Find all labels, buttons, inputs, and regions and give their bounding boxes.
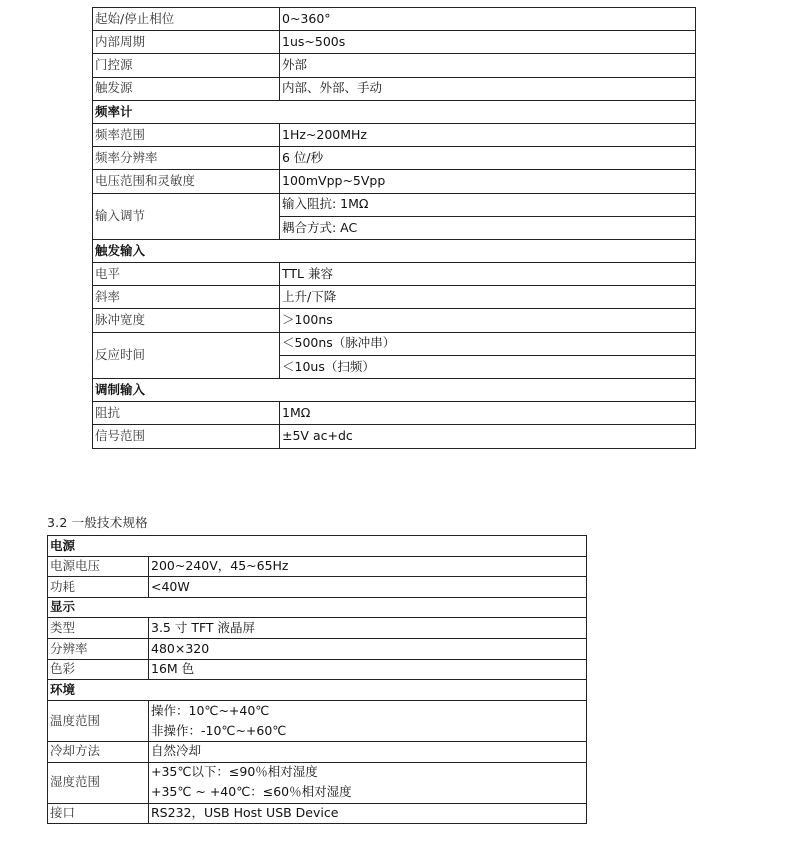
section-row: 调制输入 <box>93 379 696 402</box>
table-row: 内部周期 1us~500s <box>93 31 696 54</box>
table-row: 类型 3.5 寸 TFT 液晶屏 <box>48 618 587 639</box>
spec-value: ±5V ac+dc <box>280 425 696 448</box>
table-row: 信号范围 ±5V ac+dc <box>93 425 696 448</box>
spec-label: 频率范围 <box>93 123 280 146</box>
spec-value: 非操作：-10℃~+60℃ <box>149 721 587 742</box>
table-row: 电压范围和灵敏度 100mVpp~5Vpp <box>93 170 696 193</box>
spec-value: 内部、外部、手动 <box>280 77 696 100</box>
spec-value: 上升/下降 <box>280 286 696 309</box>
spec-value: 外部 <box>280 54 696 77</box>
spec-label: 门控源 <box>93 54 280 77</box>
table-row: 分辨率 480×320 <box>48 638 587 659</box>
spec-value: 100mVpp~5Vpp <box>280 170 696 193</box>
spec-label: 接口 <box>48 803 149 824</box>
table-row: 湿度范围 +35℃以下：≤90％相对湿度 <box>48 762 587 783</box>
table-row: 频率分辨率 6 位/秒 <box>93 147 696 170</box>
spec-label: 电压范围和灵敏度 <box>93 170 280 193</box>
section-title-frequency-counter: 频率计 <box>93 100 696 123</box>
section-title-environment: 环境 <box>48 680 587 701</box>
spec-label: 分辨率 <box>48 638 149 659</box>
table-row: 温度范围 操作：10℃~+40℃ <box>48 700 587 721</box>
section-title-display: 显示 <box>48 597 587 618</box>
spec-value: 3.5 寸 TFT 液晶屏 <box>149 618 587 639</box>
spec-label: 温度范围 <box>48 700 149 741</box>
spec-label: 湿度范围 <box>48 762 149 803</box>
spec-label: 触发源 <box>93 77 280 100</box>
table-row: 输入调节 输入阻抗: 1MΩ <box>93 193 696 216</box>
spec-label: 功耗 <box>48 577 149 598</box>
section-title-trigger-input: 触发输入 <box>93 239 696 262</box>
spec-value: 16M 色 <box>149 659 587 680</box>
spec-label: 电源电压 <box>48 556 149 577</box>
spec-value: 操作：10℃~+40℃ <box>149 700 587 721</box>
table-row: 反应时间 ＜500ns（脉冲串） <box>93 332 696 355</box>
spec-value: 输入阻抗: 1MΩ <box>280 193 696 216</box>
table-row: 斜率 上升/下降 <box>93 286 696 309</box>
table-row: 触发源 内部、外部、手动 <box>93 77 696 100</box>
spec-label: 信号范围 <box>93 425 280 448</box>
table-row: 功耗 <40W <box>48 577 587 598</box>
spec-value: 耦合方式: AC <box>280 216 696 239</box>
table-row: 电源电压 200~240V，45~65Hz <box>48 556 587 577</box>
spec-label: 频率分辨率 <box>93 147 280 170</box>
section-row: 显示 <box>48 597 587 618</box>
table-row: 色彩 16M 色 <box>48 659 587 680</box>
spec-value: ＜500ns（脉冲串） <box>280 332 696 355</box>
spec-value: RS232，USB Host USB Device <box>149 803 587 824</box>
spec-value: +35℃ ~ +40℃：≤60％相对湿度 <box>149 783 587 804</box>
table-row: 接口 RS232，USB Host USB Device <box>48 803 587 824</box>
section-row: 触发输入 <box>93 239 696 262</box>
spec-label: 冷却方法 <box>48 741 149 762</box>
spec-value: 480×320 <box>149 638 587 659</box>
spec-label: 内部周期 <box>93 31 280 54</box>
spec-label: 输入调节 <box>93 193 280 239</box>
table-row: 电平 TTL 兼容 <box>93 263 696 286</box>
table-row: 门控源 外部 <box>93 54 696 77</box>
spec-label: 起始/停止相位 <box>93 8 280 31</box>
spec-value: 200~240V，45~65Hz <box>149 556 587 577</box>
spec-value: +35℃以下：≤90％相对湿度 <box>149 762 587 783</box>
table-row: 起始/停止相位 0~360° <box>93 8 696 31</box>
spec-label: 反应时间 <box>93 332 280 378</box>
spec-label: 斜率 <box>93 286 280 309</box>
section-title-power: 电源 <box>48 536 587 557</box>
signal-spec-table: 起始/停止相位 0~360° 内部周期 1us~500s 门控源 外部 触发源 … <box>92 7 696 449</box>
spec-value: 自然冷却 <box>149 741 587 762</box>
section-row: 环境 <box>48 680 587 701</box>
spec-label: 脉冲宽度 <box>93 309 280 332</box>
table-row: 脉冲宽度 ＞100ns <box>93 309 696 332</box>
spec-label: 阻抗 <box>93 402 280 425</box>
spec-label: 色彩 <box>48 659 149 680</box>
spec-value: 1MΩ <box>280 402 696 425</box>
spec-value: 1Hz~200MHz <box>280 123 696 146</box>
spec-value: <40W <box>149 577 587 598</box>
spec-value: ＞100ns <box>280 309 696 332</box>
section-row: 电源 <box>48 536 587 557</box>
section-heading-general-specs: 3.2 一般技术规格 <box>47 513 148 531</box>
spec-value: 6 位/秒 <box>280 147 696 170</box>
table-row: 冷却方法 自然冷却 <box>48 741 587 762</box>
general-spec-table: 电源 电源电压 200~240V，45~65Hz 功耗 <40W 显示 类型 3… <box>47 535 587 824</box>
spec-label: 类型 <box>48 618 149 639</box>
spec-label: 电平 <box>93 263 280 286</box>
table-row: 阻抗 1MΩ <box>93 402 696 425</box>
spec-value: 0~360° <box>280 8 696 31</box>
section-row: 频率计 <box>93 100 696 123</box>
spec-value: ＜10us（扫频） <box>280 355 696 378</box>
table-row: 频率范围 1Hz~200MHz <box>93 123 696 146</box>
section-title-modulation-input: 调制输入 <box>93 379 696 402</box>
spec-value: TTL 兼容 <box>280 263 696 286</box>
spec-value: 1us~500s <box>280 31 696 54</box>
